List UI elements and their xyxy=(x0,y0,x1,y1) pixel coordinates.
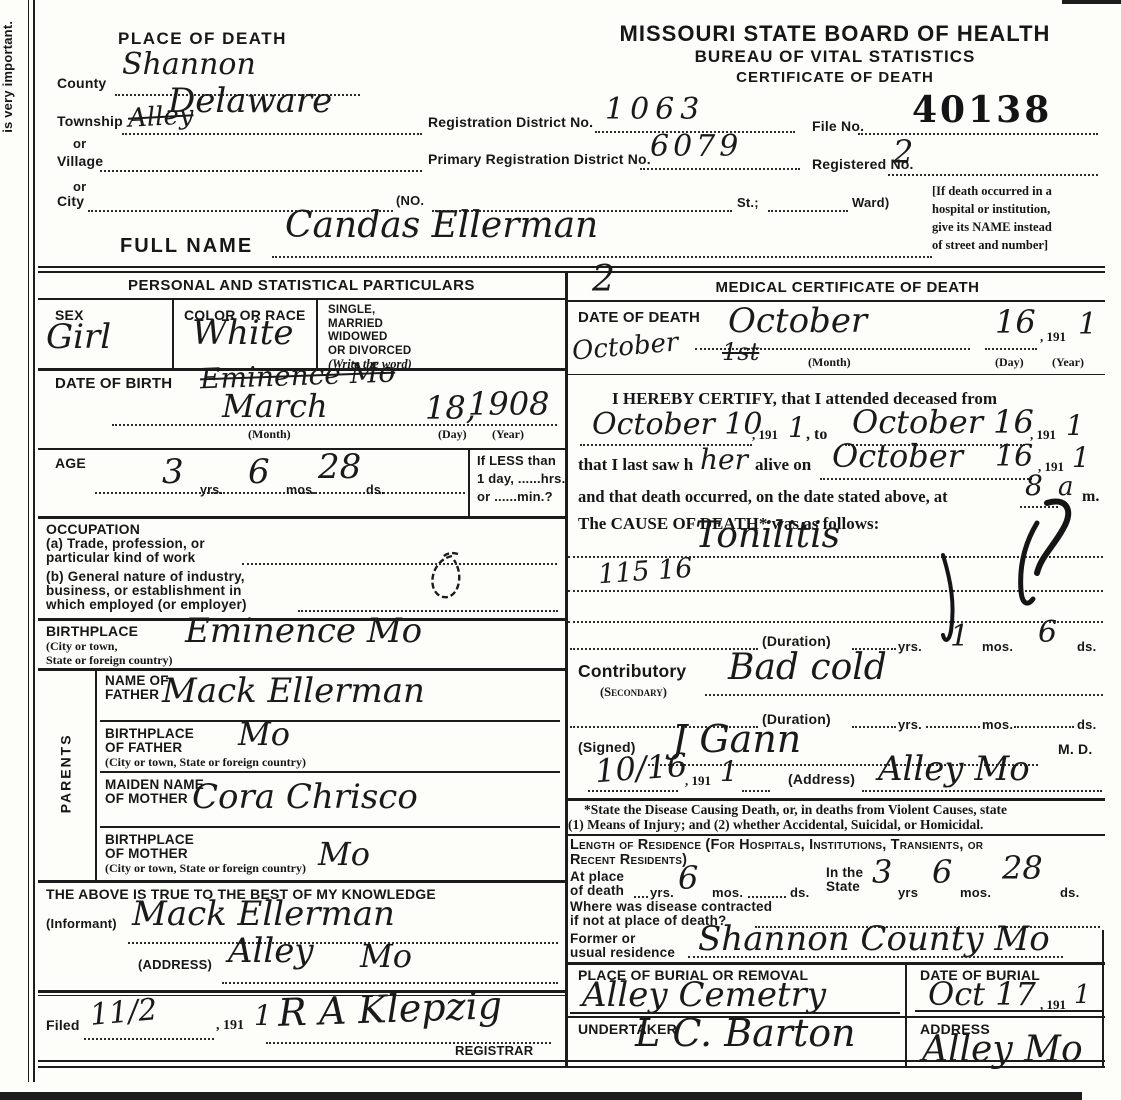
signed-year-line xyxy=(742,790,770,792)
hospital-note-line2: hospital or institution, xyxy=(932,200,1052,218)
village-or: or xyxy=(73,180,86,194)
cause-duration-mos-value: 1 xyxy=(950,622,969,652)
state-ds-value: 28 xyxy=(1002,852,1043,884)
file-no-label: File No. xyxy=(812,119,864,134)
contrib-duration-line4 xyxy=(1014,726,1074,728)
county-label: County xyxy=(57,76,106,91)
age-line xyxy=(95,492,465,494)
last-saw-post: alive on xyxy=(755,456,811,475)
certify-from-year-suffix: 1 xyxy=(788,414,806,442)
dod-label: DATE OF DEATH xyxy=(578,310,700,326)
village-label: Village xyxy=(57,154,103,169)
mother-bp-sub: (City or town, State or foreign country) xyxy=(105,862,306,875)
column-divider xyxy=(565,271,568,1068)
father-bp-sub: (City or town, State or foreign country) xyxy=(105,756,306,769)
dod-day-sub: (Day) xyxy=(995,356,1024,369)
certify-to-date: October 16 xyxy=(852,406,1034,438)
burial-divider xyxy=(905,962,907,1068)
death-certificate-scan: is very important. PLACE OF DEATH MISSOU… xyxy=(0,0,1121,1100)
cause-duration-mos-label: mos. xyxy=(982,640,1013,654)
contrib-duration-ds-label: ds. xyxy=(1077,718,1096,732)
at-place-ds-line xyxy=(748,896,786,898)
parents-divider xyxy=(95,668,97,880)
signed-date-line xyxy=(588,790,678,792)
rule-personal-title xyxy=(38,298,565,300)
county-value: Shannon xyxy=(122,50,256,80)
signed-year-printed: , 191 xyxy=(685,774,711,788)
last-saw-month: October xyxy=(832,440,963,472)
rule-dob xyxy=(38,448,565,450)
board-title: MISSOURI STATE BOARD OF HEALTH xyxy=(565,22,1105,45)
occupation-label: OCCUPATION xyxy=(46,522,140,537)
primary-district-line xyxy=(640,168,800,170)
contrib-duration-line2 xyxy=(852,726,896,728)
rule-footnote xyxy=(565,834,1105,836)
certificate-title: CERTIFICATE OF DEATH xyxy=(565,70,1105,86)
certify-from-year-printed: , 191 xyxy=(752,428,778,442)
bottom-rule-2 xyxy=(38,1066,1105,1068)
in-state-label2: State xyxy=(826,880,860,894)
sex-race-divider xyxy=(172,298,174,368)
residence-title-line1: Length of Residence (For Hospitals, Inst… xyxy=(570,838,983,853)
filed-date-value: 11/2 xyxy=(89,995,159,1031)
last-saw-hand: her xyxy=(700,446,748,474)
contributory-value: Bad cold xyxy=(728,650,887,686)
signed-address-label: (Address) xyxy=(788,772,855,787)
informant-address-line xyxy=(222,982,558,984)
informant-label: (Informant) xyxy=(46,917,117,931)
age-mos-label: mos. xyxy=(286,484,316,497)
city-st-label: St.; xyxy=(737,196,759,210)
dod-year-suffix: 1 xyxy=(1078,310,1097,340)
age-panel-line2: 1 day, ......hrs. xyxy=(477,470,565,488)
village-line xyxy=(100,170,422,172)
registered-no-line xyxy=(888,174,1098,176)
age-panel: If LESS than 1 day, ......hrs. or ......… xyxy=(477,452,565,506)
father-name-value: Mack Ellerman xyxy=(162,674,425,708)
dob-line xyxy=(112,424,557,426)
cause-duration-ds-label: ds. xyxy=(1077,640,1096,654)
age-panel-line1: If LESS than xyxy=(477,452,565,470)
full-name-value: Candas Ellerman xyxy=(285,208,598,244)
informant-address-value2: Mo xyxy=(360,940,412,972)
parents-row-rule2 xyxy=(100,771,560,773)
age-panel-line3: or ......min.? xyxy=(477,488,565,506)
last-saw-line xyxy=(820,478,1032,480)
cause-code-scrawl: 115 16 xyxy=(597,555,693,589)
former-residence-label2: usual residence xyxy=(570,946,675,960)
township-value: Delaware xyxy=(168,84,332,118)
mother-name-value: Cora Chrisco xyxy=(192,780,418,814)
age-panel-divider xyxy=(468,448,470,516)
filed-year-printed: , 191 xyxy=(216,1018,244,1033)
former-residence-value: Shannon County Mo xyxy=(698,922,1050,956)
birthplace-sub1: (City or town, xyxy=(46,640,117,653)
footnote-line2: (1) Means of Injury; and (2) whether Acc… xyxy=(568,818,983,833)
residence-title-line2: Recent Residents) xyxy=(570,853,687,868)
birthplace-sub2: State or foreign country) xyxy=(46,654,173,667)
death-occurred-text: and that death occurred, on the date sta… xyxy=(578,488,948,506)
footnote-line1: *State the Disease Causing Death, or, in… xyxy=(584,803,1007,818)
mother-bp-value: Mo xyxy=(318,838,370,870)
signed-signature: J Gann xyxy=(672,720,801,758)
primary-district-value: 6079 xyxy=(650,132,742,162)
occupation-a-line xyxy=(242,563,557,565)
cause-value: Tonilitis xyxy=(695,518,840,554)
certify-to-year-suffix: 1 xyxy=(1066,412,1084,440)
dob-month-label: (Month) xyxy=(248,428,291,441)
registrar-label: REGISTRAR xyxy=(455,1044,533,1058)
at-place-mos-label: mos. xyxy=(712,886,743,900)
occupation-a-line2: particular kind of work xyxy=(46,551,195,565)
undertaker-address-value: Alley Mo xyxy=(922,1032,1083,1068)
state-ds-label: ds. xyxy=(1060,886,1079,900)
dod-day-value: 16 xyxy=(995,306,1036,338)
undertaker-value: L C. Barton xyxy=(635,1014,856,1052)
header-rule-1 xyxy=(38,266,1105,268)
marital-line1: SINGLE, xyxy=(328,304,411,318)
rule-signed xyxy=(565,798,1105,801)
primary-district-label: Primary Registration District No. xyxy=(428,152,651,167)
burial-place-value: Alley Cemetry xyxy=(582,978,826,1012)
filed-label: Filed xyxy=(46,1018,80,1033)
father-name-label2: FATHER xyxy=(105,688,159,702)
informant-address-value1: Alley xyxy=(228,934,314,968)
parents-row-rule1 xyxy=(100,720,560,722)
dod-day-line xyxy=(985,348,1037,350)
contributory-sub-label: (Secondary) xyxy=(600,686,667,700)
state-yrs-value: 3 xyxy=(872,856,892,888)
city-ward-label: Ward) xyxy=(852,196,889,210)
city-label: City xyxy=(57,194,84,209)
filed-date-line xyxy=(84,1038,214,1040)
dob-year-value: 1908 xyxy=(468,388,549,420)
right-border-segment xyxy=(1102,930,1104,1068)
rule-residence xyxy=(565,962,1105,965)
contrib-duration-mos-label: mos. xyxy=(982,718,1013,732)
marital-line3: WIDOWED xyxy=(328,331,411,345)
rule-parents xyxy=(38,880,565,883)
marital-label: SINGLE, MARRIED WIDOWED OR DIVORCED xyxy=(328,304,411,358)
md-label: M. D. xyxy=(1058,742,1092,757)
informant-value: Mack Ellerman xyxy=(132,897,395,931)
rule-age xyxy=(38,516,565,519)
burial-date-value: Oct 17 xyxy=(928,978,1036,1010)
dod-year-printed: , 191 xyxy=(1040,330,1066,344)
dob-year-label: (Year) xyxy=(492,428,524,441)
race-value: White xyxy=(192,316,294,350)
bottom-rule-1 xyxy=(38,1060,1105,1062)
dob-month-value: March xyxy=(222,390,328,422)
age-mos-value: 6 xyxy=(248,455,270,489)
informant-address-label: (ADDRESS) xyxy=(138,958,212,972)
contributory-line xyxy=(705,694,1103,696)
certify-to-year-printed: , 191 xyxy=(1030,428,1056,442)
left-border-outer xyxy=(28,0,29,1082)
contrib-duration-yrs-label: yrs. xyxy=(898,718,922,732)
at-place-ds-label: ds. xyxy=(790,886,809,900)
parents-row-rule3 xyxy=(100,826,560,828)
father-bp-label2: OF FATHER xyxy=(105,741,182,755)
top-right-mark xyxy=(1062,0,1121,4)
last-saw-pre: that I last saw h xyxy=(578,456,693,475)
dod-year-sub: (Year) xyxy=(1052,356,1084,369)
dob-label: DATE OF BIRTH xyxy=(55,376,172,392)
filed-year-suffix: 1 xyxy=(254,1002,272,1030)
hospital-note-line3: give its NAME instead xyxy=(932,218,1052,236)
place-of-death-title: PLACE OF DEATH xyxy=(118,30,287,48)
state-mos-value: 6 xyxy=(932,856,952,888)
dod-month-sub: (Month) xyxy=(808,356,851,369)
registered-no-value: 2 xyxy=(893,136,913,168)
cause-duration-yrs-label: yrs. xyxy=(898,640,922,654)
marital-line2: MARRIED xyxy=(328,318,411,332)
signed-date-value: 10/16 xyxy=(594,749,688,787)
full-name-label: FULL NAME xyxy=(120,236,253,257)
margin-note: is very important. xyxy=(1,0,15,177)
age-label: AGE xyxy=(55,456,86,471)
last-saw-year-suffix: 1 xyxy=(1072,444,1090,472)
hospital-note-line1: [If death occurred in a xyxy=(932,182,1052,200)
certify-to-label: , to xyxy=(806,426,827,444)
informant-line xyxy=(128,942,558,944)
age-yrs-label: yrs. xyxy=(200,484,223,497)
father-bp-value: Mo xyxy=(238,718,290,750)
at-place-yrs-label: yrs. xyxy=(650,886,674,900)
city-st-line xyxy=(768,210,848,212)
dob-day-label: (Day) xyxy=(438,428,467,441)
birthplace-value: Eminence Mo xyxy=(185,614,422,648)
ink-scribble xyxy=(418,550,470,604)
at-place-yrs-line xyxy=(634,896,648,898)
at-place-label2: of death xyxy=(570,884,624,898)
contributory-label: Contributory xyxy=(578,662,686,680)
signed-address-line xyxy=(862,790,1102,792)
age-yrs-value: 3 xyxy=(162,455,184,489)
age-ds-label: ds. xyxy=(366,484,385,497)
bureau-title: BUREAU OF VITAL STATISTICS xyxy=(565,48,1105,66)
medical-title: MEDICAL CERTIFICATE OF DEATH xyxy=(590,280,1105,296)
left-border-inner xyxy=(33,0,35,1082)
registration-district-value: 1063 xyxy=(605,95,705,125)
age-ds-value: 28 xyxy=(318,450,361,484)
cause-duration-ds-value: 6 xyxy=(1038,618,1057,648)
personal-title: PERSONAL AND STATISTICAL PARTICULARS xyxy=(38,278,565,294)
state-yrs-label: yrs xyxy=(898,886,918,900)
hospital-note: [If death occurred in a hospital or inst… xyxy=(932,182,1052,254)
burial-date-line xyxy=(915,1010,1103,1012)
mother-bp-label2: OF MOTHER xyxy=(105,847,188,861)
signed-year-suffix: 1 xyxy=(720,758,738,786)
last-saw-day: 16 xyxy=(995,442,1033,472)
registration-district-label: Registration District No. xyxy=(428,115,593,130)
township-line xyxy=(122,133,422,135)
rule-dod xyxy=(565,374,1105,375)
dod-scrawl-day: 1st xyxy=(722,340,759,364)
header-rule-2 xyxy=(38,271,1105,273)
birthplace-label: BIRTHPLACE xyxy=(46,624,138,639)
registrar-signature: R A Klepzig xyxy=(277,986,502,1032)
certify-from-date: October 10 xyxy=(592,410,763,440)
township-label: Township xyxy=(57,114,123,129)
sex-value: Girl xyxy=(46,320,111,354)
hospital-note-line4: of street and number] xyxy=(932,236,1052,254)
burial-year-suffix: 1 xyxy=(1074,982,1091,1008)
at-place-mos-value: 6 xyxy=(678,862,698,894)
dod-scrawl-month: October xyxy=(571,329,679,364)
township-or: or xyxy=(73,137,86,151)
full-name-line xyxy=(272,256,932,258)
file-no-value: 40138 xyxy=(912,92,1052,128)
bottom-black-bar xyxy=(0,1092,1082,1100)
state-mos-label: mos. xyxy=(960,886,991,900)
signed-address-value: Alley Mo xyxy=(878,752,1030,786)
mother-name-label2: OF MOTHER xyxy=(105,792,188,806)
parents-side-label: PARENTS xyxy=(59,673,74,873)
former-residence-line xyxy=(688,956,1063,958)
dod-month-value: October xyxy=(728,304,867,338)
contrib-duration-line3 xyxy=(926,726,980,728)
